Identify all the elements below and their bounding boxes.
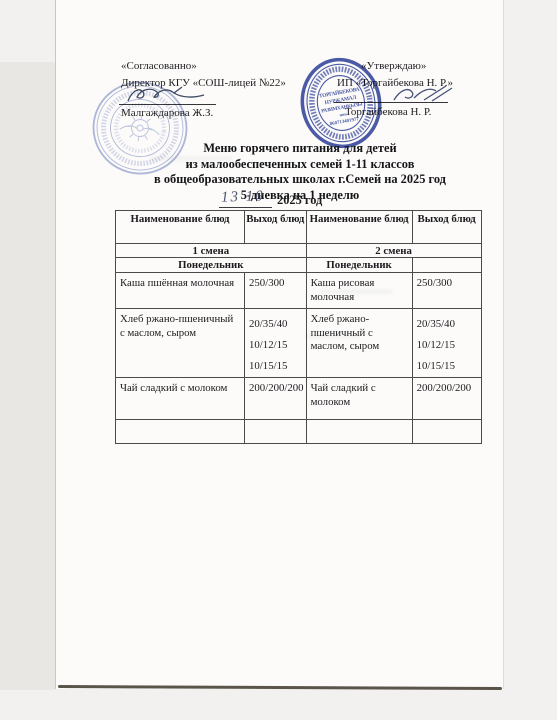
header-dish-name-1: Наименование блюд — [116, 211, 245, 244]
table-row: Чай сладкий с молоком 200/200/200 Чай сл… — [116, 378, 482, 420]
stamp-inn-label: инн — [339, 111, 348, 117]
dish-cell: Каша пшённая молочная — [116, 273, 245, 309]
header-dish-name-2: Наименование блюд — [306, 211, 412, 244]
dish-cell: Хлеб ржано-пшеничный с маслом, сыром — [116, 309, 245, 378]
menu-table: Наименование блюд Выход блюд Наименовани… — [115, 210, 482, 444]
paper-bottom-shadow — [58, 685, 502, 690]
table-header-row: Наименование блюд Выход блюд Наименовани… — [116, 211, 482, 244]
table-row: Хлеб ржано-пшеничный с маслом, сыром 20/… — [116, 309, 482, 378]
table-row-empty — [116, 420, 482, 444]
header-output-1: Выход блюд — [245, 211, 307, 244]
date-underline — [219, 207, 272, 208]
day-monday-right: Понедельник — [306, 258, 412, 273]
round-stamp-ip-icon: ТОРГАЙБЕКОВА НУРЖАМАЛ РАЗИМХАНКЫЗЫ инн 8… — [299, 55, 383, 151]
shift-2-label: 2 смена — [306, 244, 481, 258]
output-cell: 20/35/40 10/12/15 10/15/15 — [412, 309, 481, 378]
scan-background — [0, 62, 55, 690]
header-output-2: Выход блюд — [412, 211, 481, 244]
handwritten-date: 13 10 — [221, 188, 265, 207]
day-monday-left: Понедельник — [116, 258, 307, 273]
shift-row: 1 смена 2 смена — [116, 244, 482, 258]
table-row: Каша пшённая молочная 250/300 Каша рисов… — [116, 273, 482, 309]
approval-left-status: «Согласованно» — [121, 59, 197, 73]
dish-cell: Хлеб ржано-пшеничный с маслом, сыром — [306, 309, 412, 378]
title-line-1: Меню горячего питания для детей — [110, 141, 490, 157]
date-year-label: 2025 год — [277, 193, 322, 208]
dish-cell: Чай сладкий с молоком — [306, 378, 412, 420]
output-cell: 200/200/200 — [412, 378, 481, 420]
title-line-3: в общеобразовательных школах г.Семей на … — [110, 172, 490, 188]
shift-1-label: 1 смена — [116, 244, 307, 258]
dish-cell — [116, 420, 245, 444]
day-empty-cell — [412, 258, 481, 273]
day-row: Понедельник Понедельник — [116, 258, 482, 273]
dish-cell — [306, 420, 412, 444]
output-cell — [245, 420, 307, 444]
output-cell: 200/200/200 — [245, 378, 307, 420]
title-line-2: из малообеспеченных семей 1-11 классов — [110, 157, 490, 173]
output-cell: 250/300 — [412, 273, 481, 309]
dish-cell: Каша рисовая молочная — [306, 273, 412, 309]
output-cell: 250/300 — [245, 273, 307, 309]
dish-cell: Чай сладкий с молоком — [116, 378, 245, 420]
output-cell: 20/35/40 10/12/15 10/15/15 — [245, 309, 307, 378]
scanned-menu-document: «Согласованно» Директор КГУ «СОШ-лицей №… — [0, 0, 557, 720]
output-cell — [412, 420, 481, 444]
